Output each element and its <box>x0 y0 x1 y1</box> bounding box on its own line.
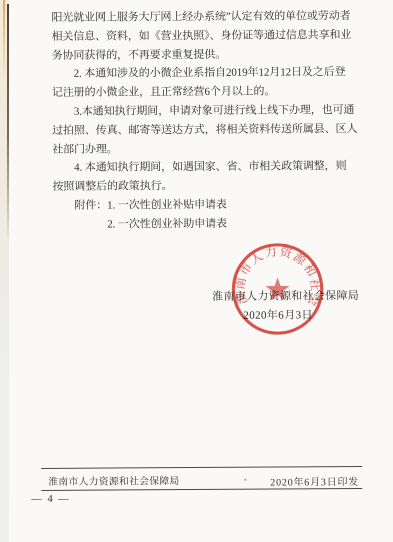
body-line: 过拍照、传真、邮寄等送达方式，将相关资料传送所属县、区人 <box>52 120 362 141</box>
body-line: 社部门办理。 <box>52 139 362 160</box>
scanned-document-page: 阳光就业网上服务大厅网上经办系统”认定有效的单位或劳动者相关信息、资料，如《营业… <box>0 0 393 542</box>
footer-agency: 淮南市人力资源和社会保障局 <box>48 473 179 488</box>
page-number: — 4 — <box>31 494 70 505</box>
body-line: 4. 本通知执行期间，如遇国家、省、市相关政策调整，则 <box>52 157 362 178</box>
body-line: 按照调整后的政策执行。 <box>52 176 362 197</box>
body-line: 2. 一次性创业补助申请表 <box>53 214 363 235</box>
body-line: 相关信息、资料，如《营业执照》、身份证等通过信息共享和业 <box>52 26 362 47</box>
seal-graphic: 淮南市人力资源和社会保障局 <box>229 240 327 338</box>
body-line: 务协同获得的，不再要求重复提供。 <box>52 45 362 66</box>
body-line: 记注册的小微企业，且正常经营6个月以上的。 <box>52 82 362 103</box>
footer-rule-top <box>41 466 362 469</box>
body-line: 3.本通知执行期间，申请对象可进行线上线下办理，也可通 <box>52 101 362 122</box>
document-body-text: 阳光就业网上服务大厅网上经办系统”认定有效的单位或劳动者相关信息、资料，如《营业… <box>51 7 362 234</box>
scan-artifact-dot <box>244 479 246 481</box>
body-line: 附件：1. 一次性创业补贴申请表 <box>53 195 363 216</box>
star-icon <box>266 277 290 300</box>
footer-rule-bottom <box>41 488 362 491</box>
body-line: 2. 本通知涉及的小微企业系指自2019年12月12日及之后登 <box>52 63 362 84</box>
footer-issue-date: 2020年6月3日印发 <box>270 473 359 489</box>
seal-text: 淮南市人力资源和社会保障局 <box>229 240 324 310</box>
seal-arc-text: 淮南市人力资源和社会保障局 <box>229 240 324 310</box>
body-line: 阳光就业网上服务大厅网上经办系统”认定有效的单位或劳动者 <box>51 7 361 28</box>
page-content: 阳光就业网上服务大厅网上经办系统”认定有效的单位或劳动者相关信息、资料，如《营业… <box>0 0 393 542</box>
official-seal: 淮南市人力资源和社会保障局 <box>229 240 327 338</box>
